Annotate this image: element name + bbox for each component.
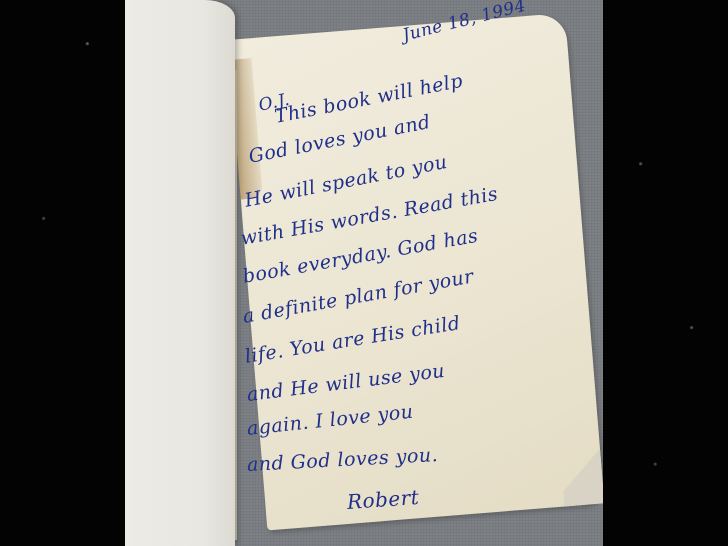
inscribed-page [228,13,603,531]
book-photo [125,0,603,546]
folded-page-corner [559,434,603,507]
left-blank-page [125,0,235,546]
